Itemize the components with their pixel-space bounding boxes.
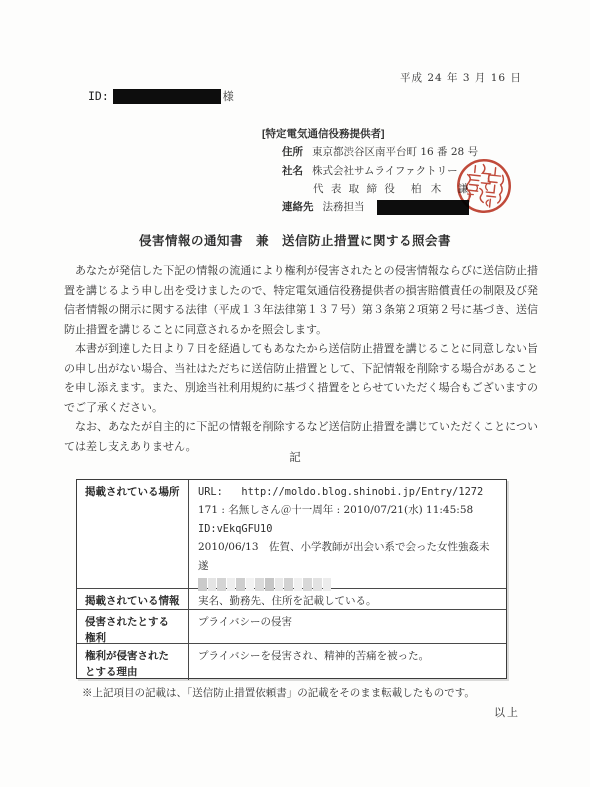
recipient-line: ID: 様 — [88, 88, 234, 104]
closing-ijou: 以上 — [0, 704, 520, 720]
post-header-line: 171 : 名無しさん＠十一周年 : 2010/07/21(水) 11:45:5… — [198, 501, 500, 519]
table-row-location: 掲載されている場所 URL: http://moldo.blog.shinobi… — [77, 480, 506, 588]
footnote: ※上記項目の記載は、「送信防止措置依頼書」の記載をそのまま転載したものです。 — [82, 685, 475, 700]
contact-value: 法務担当 — [323, 201, 365, 213]
address-label: 住所 — [282, 146, 303, 158]
row-value: 実名、勤務先、住所を記載している。 — [189, 589, 506, 610]
row-label: 侵害されたとする 権利 — [77, 610, 189, 646]
scanned-letter-page: 平成 24 年 3 月 16 日 ID: 様 [特定電気通信役務提供者] 住所東… — [0, 0, 590, 787]
row-value: プライバシーの侵害 — [189, 610, 506, 646]
post-title-line: 2010/06/13 佐賀、小学教師が出会い系で会った女性強姦未遂 — [198, 538, 500, 575]
body-paragraphs: あなたが発信した下記の情報の流通により権利が侵害されたとの侵害情報ならびに送信防… — [64, 261, 538, 456]
table-row-reason: 権利が侵害された とする理由 プライバシーを侵害され、精神的苦痛を被った。 — [77, 643, 506, 678]
row-value: プライバシーを侵害され、精神的苦痛を被った。 — [189, 644, 506, 680]
recipient-honorific: 様 — [223, 88, 234, 104]
table-row-right-infringed: 侵害されたとする 権利 プライバシーの侵害 — [77, 609, 506, 643]
sender-contact-row: 連絡先法務担当 — [282, 199, 469, 215]
url-line: URL: http://moldo.blog.shinobi.jp/Entry/… — [198, 483, 500, 501]
document-date: 平成 24 年 3 月 16 日 — [400, 70, 522, 85]
company-seal-stamp-icon — [455, 157, 513, 215]
row-label-line1: 侵害されたとする — [85, 614, 184, 630]
poster-id-line: ID:vEkqGFU10 — [198, 520, 500, 538]
company-value: 株式会社サムライファクトリー — [312, 165, 458, 177]
row-label: 権利が侵害された とする理由 — [77, 644, 189, 680]
document-title: 侵害情報の通知書 兼 送信防止措置に関する照会書 — [0, 231, 590, 249]
sender-address-row: 住所東京都渋谷区南平台町 16 番 28 号 — [282, 144, 478, 159]
provider-header: [特定電気通信役務提供者] — [262, 126, 385, 141]
ki-marker: 記 — [0, 449, 590, 465]
table-row-information: 掲載されている情報 実名、勤務先、住所を記載している。 — [77, 588, 506, 609]
redacted-recipient-name — [113, 89, 221, 104]
row-value: URL: http://moldo.blog.shinobi.jp/Entry/… — [189, 480, 506, 591]
row-label-line1: 権利が侵害された — [85, 648, 184, 664]
sender-representative-row: 代 表 取 締 役柏 木 謙 — [313, 181, 471, 196]
sender-company-row: 社名株式会社サムライファクトリー — [282, 163, 458, 178]
infringement-info-table: 掲載されている場所 URL: http://moldo.blog.shinobi… — [76, 479, 507, 679]
recipient-id-label: ID: — [88, 89, 109, 103]
row-label: 掲載されている情報 — [77, 589, 189, 610]
paragraph-2: 本書が到達した日より７日を経過してもあなたから送信防止措置を講じることに同意しな… — [64, 339, 538, 417]
company-label: 社名 — [282, 165, 303, 177]
representative-title: 代 表 取 締 役 — [313, 183, 397, 195]
paragraph-1: あなたが発信した下記の情報の流通により権利が侵害されたとの侵害情報ならびに送信防… — [64, 261, 538, 339]
row-label-line2: とする理由 — [85, 664, 184, 680]
row-label: 掲載されている場所 — [77, 480, 189, 591]
contact-label: 連絡先 — [282, 201, 314, 213]
address-value: 東京都渋谷区南平台町 16 番 28 号 — [312, 146, 478, 158]
